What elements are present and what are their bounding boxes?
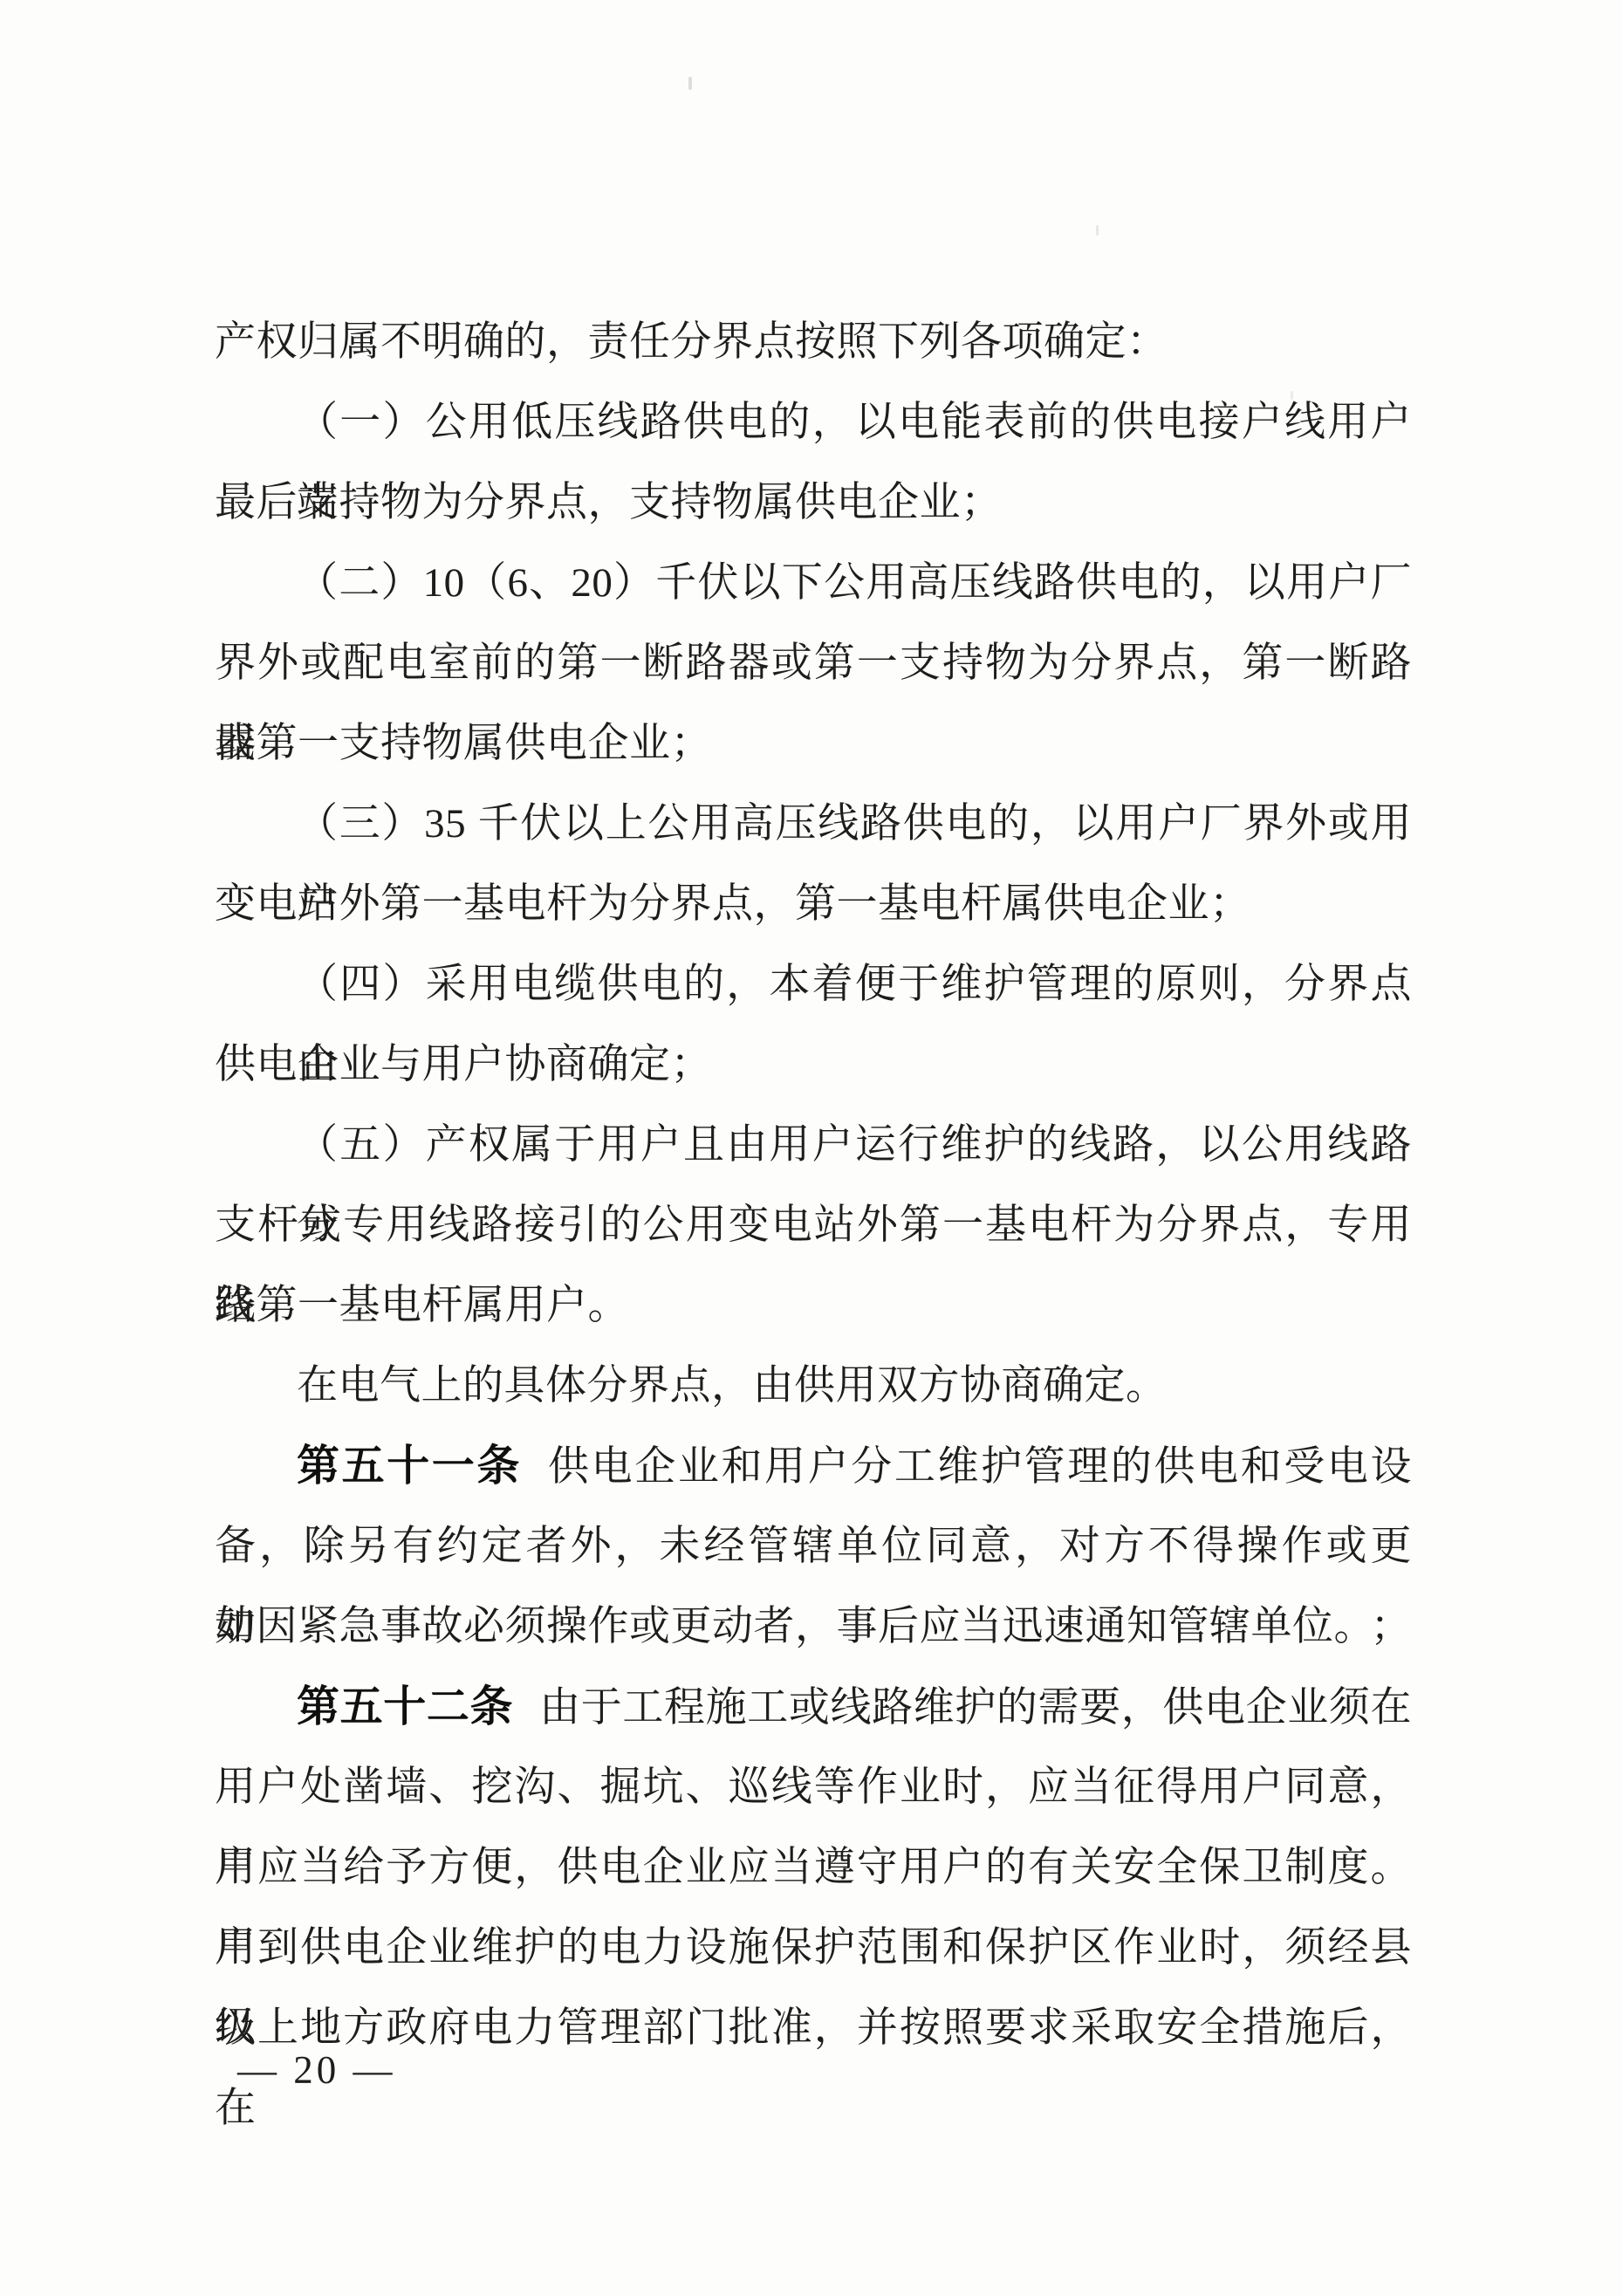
text-line: 界外或配电室前的第一断路器或第一支持物为分界点，第一断路器 <box>215 623 1412 703</box>
article-text: 供电企业和用户分工维护管理的供电和受电设 <box>548 1444 1412 1490</box>
scan-speck <box>1096 225 1099 236</box>
text-line: 变电站外第一基电杆为分界点，第一基电杆属供电企业； <box>215 864 1412 944</box>
text-line: （四）采用电缆供电的，本着便于维护管理的原则，分界点由 <box>215 944 1412 1025</box>
text-line: 产权归属不明确的，责任分界点按照下列各项确定： <box>215 302 1412 382</box>
text-line: 如因紧急事故必须操作或更动者，事后应当迅速通知管辖单位。 <box>215 1587 1412 1667</box>
text-line: 或第一支持物属供电企业； <box>215 703 1412 784</box>
scanned-document-page: 产权归属不明确的，责任分界点按照下列各项确定： （一）公用低压线路供电的，以电能… <box>0 0 1623 2296</box>
text-line: 户应当给予方便，供电企业应当遵守用户的有关安全保卫制度。用 <box>215 1827 1412 1908</box>
article-text: 由于工程施工或线路维护的需要，供电企业须在 <box>539 1685 1412 1731</box>
article-number: 第五十一条 <box>297 1443 522 1490</box>
text-line: （五）产权属于用户且由用户运行维护的线路，以公用线路分 <box>215 1105 1412 1185</box>
text-line: （一）公用低压线路供电的，以电能表前的供电接户线用户端 <box>215 382 1412 463</box>
document-body: 产权归属不明确的，责任分界点按照下列各项确定： （一）公用低压线路供电的，以电能… <box>215 302 1412 2068</box>
text-line: 支杆或专用线路接引的公用变电站外第一基电杆为分界点，专用线 <box>215 1185 1412 1265</box>
text-line: 在电气上的具体分界点，由供用双方协商确定。 <box>215 1346 1412 1426</box>
text-line: 路第一基电杆属用户。 <box>215 1265 1412 1346</box>
text-line: 用户处凿墙、挖沟、掘坑、巡线等作业时，应当征得用户同意，用 <box>215 1747 1412 1827</box>
page-number: — 20 — <box>237 2046 396 2094</box>
text-line-article-52: 第五十二条由于工程施工或线路维护的需要，供电企业须在 <box>215 1667 1412 1747</box>
text-line: 备，除另有约定者外，未经管辖单位同意，对方不得操作或更动； <box>215 1506 1412 1587</box>
scan-speck <box>688 77 692 90</box>
text-line: 供电企业与用户协商确定； <box>215 1025 1412 1105</box>
text-line: （二）10（6、20）千伏以下公用高压线路供电的，以用户厂 <box>215 543 1412 623</box>
text-line: 户到供电企业维护的电力设施保护范围和保护区作业时，须经县级 <box>215 1908 1412 1988</box>
text-line: 最后支持物为分界点，支持物属供电企业； <box>215 463 1412 543</box>
text-line-article-51: 第五十一条供电企业和用户分工维护管理的供电和受电设 <box>215 1426 1412 1506</box>
text-line: （三）35 千伏以上公用高压线路供电的，以用户厂界外或用户 <box>215 784 1412 864</box>
article-number: 第五十二条 <box>297 1683 513 1731</box>
